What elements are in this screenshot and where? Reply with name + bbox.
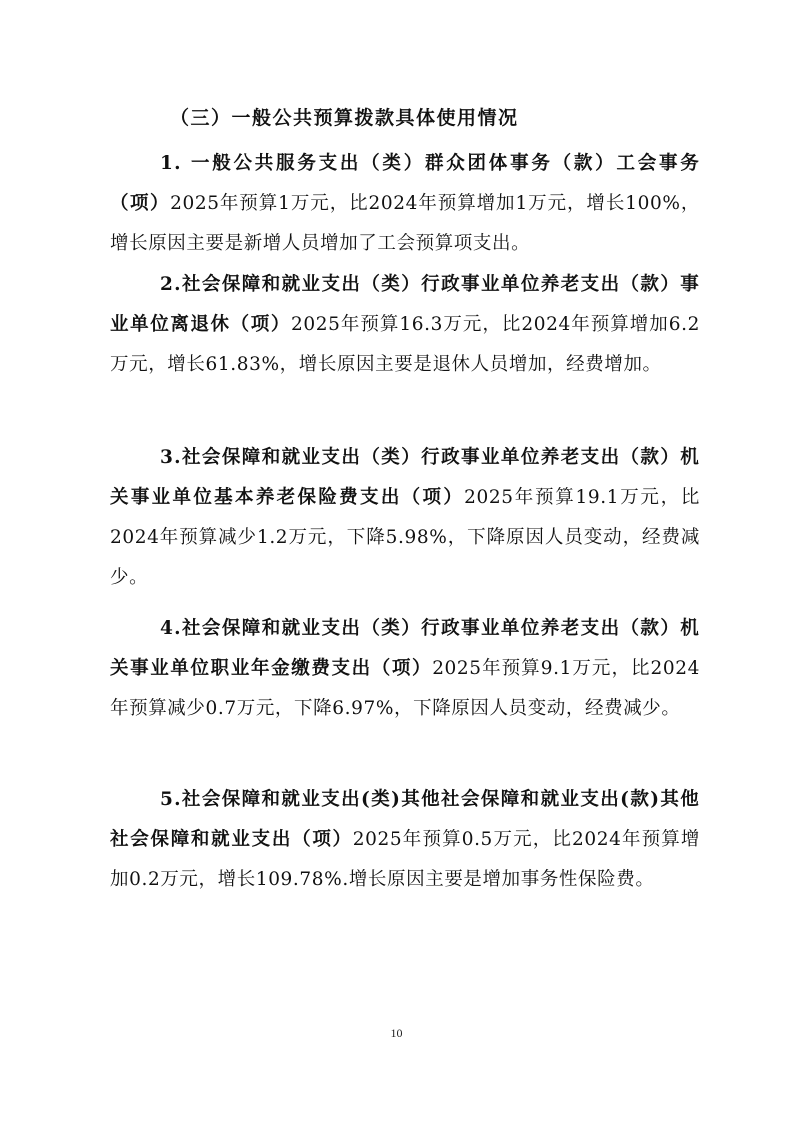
budget-item-2: 2.社会保障和就业支出（类）行政事业单位养老支出（款）事业单位离退休（项）202… — [110, 265, 700, 385]
budget-item-1: 1. 一般公共服务支出（类）群众团体事务（款）工会事务（项）2025年预算1万元… — [110, 144, 700, 264]
page-number: 10 — [0, 1026, 793, 1041]
item-number: 5. — [160, 789, 182, 810]
item-number: 1. — [160, 153, 191, 174]
item-number: 2. — [160, 274, 182, 295]
budget-item-3: 3.社会保障和就业支出（类）行政事业单位养老支出（款）机关事业单位基本养老保险费… — [110, 438, 700, 598]
item-body: 2025年预算1万元，比2024年预算增加1万元，增长100%，增长原因主要是新… — [110, 193, 700, 254]
budget-item-4: 4.社会保障和就业支出（类）行政事业单位养老支出（款）机关事业单位职业年金缴费支… — [110, 609, 700, 729]
item-number: 4. — [160, 618, 182, 639]
item-number: 3. — [160, 447, 182, 468]
section-heading: （三）一般公共预算拨款具体使用情况 — [170, 103, 519, 130]
budget-item-5: 5.社会保障和就业支出(类)其他社会保障和就业支出(款)其他社会保障和就业支出（… — [110, 780, 700, 900]
document-page: （三）一般公共预算拨款具体使用情况 1. 一般公共服务支出（类）群众团体事务（款… — [0, 0, 793, 1122]
